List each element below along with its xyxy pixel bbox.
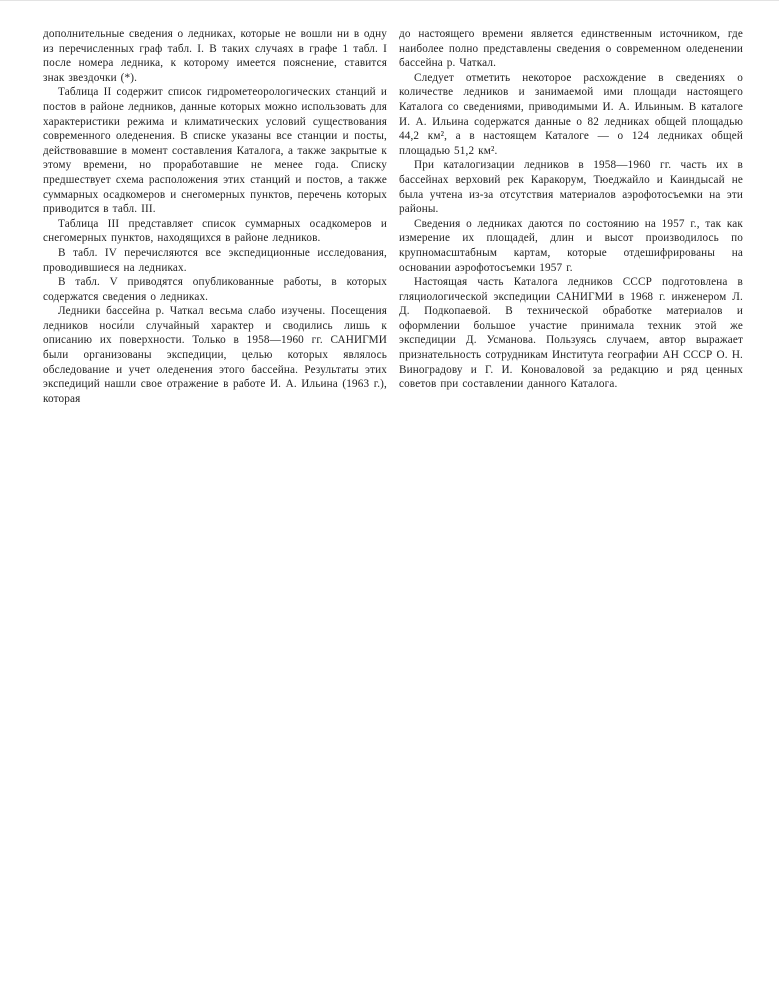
paragraph-table-2: Таблица II содержит список гидрометеорол… [43, 85, 387, 216]
paragraph-table-5: В табл. V приводятся опубликованные рабо… [43, 275, 387, 304]
paragraph-discrepancy: Следует отметить некоторое расхождение в… [399, 71, 743, 159]
text-column-left: дополнительные сведения о ледниках, кото… [43, 27, 387, 406]
paragraph-table-3: Таблица III представляет список суммарны… [43, 217, 387, 246]
paragraph-chatkal-glaciers: Ледники бассейна р. Чаткал весьма слабо … [43, 304, 387, 406]
paragraph-continuation: дополнительные сведения о ледниках, кото… [43, 27, 387, 85]
paragraph-cataloging: При каталогизации ледников в 1958—1960 г… [399, 158, 743, 216]
paragraph-data-1957: Сведения о ледниках даются по состоянию … [399, 217, 743, 275]
paragraph-continuation: до настоящего времени является единствен… [399, 27, 743, 71]
paragraph-table-4: В табл. IV перечисляются все экспедицион… [43, 246, 387, 275]
two-column-text-block: дополнительные сведения о ледниках, кото… [43, 27, 743, 406]
text-column-right: до настоящего времени является единствен… [399, 27, 743, 406]
scanned-book-page: дополнительные сведения о ледниках, кото… [0, 0, 779, 1000]
paragraph-acknowledgements: Настоящая часть Каталога ледников СССР п… [399, 275, 743, 392]
